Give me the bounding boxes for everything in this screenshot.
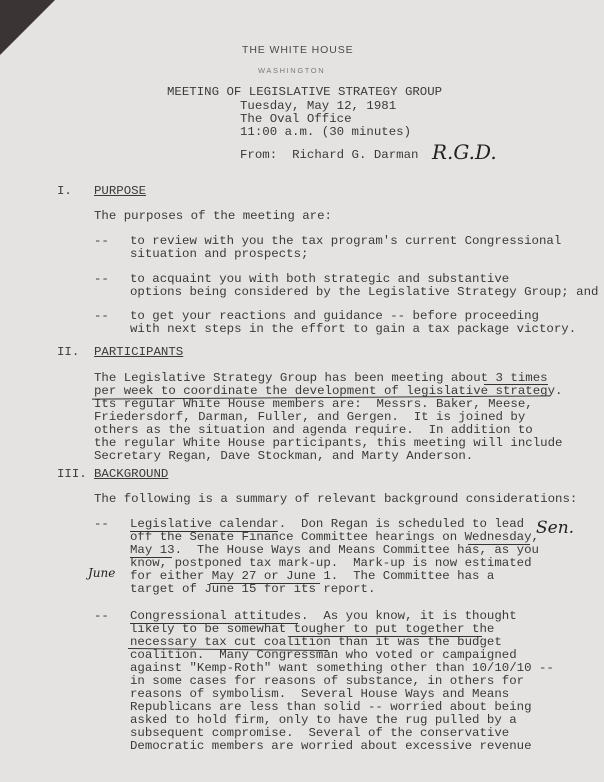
bullet-marker: -- — [94, 235, 109, 248]
section-number: III. — [57, 468, 87, 481]
letterhead-subtitle: WASHINGTON — [258, 66, 325, 75]
meeting-title: MEETING OF LEGISLATIVE STRATEGY GROUP — [167, 86, 442, 99]
document-page: THE WHITE HOUSE WASHINGTON MEETING OF LE… — [0, 0, 604, 782]
section-heading-participants: PARTICIPANTS — [94, 346, 183, 359]
calendar-line-6: target of June 15 for its report. — [130, 583, 375, 596]
margin-note-june: June — [88, 566, 115, 580]
title-underline — [130, 531, 278, 532]
title-underline — [130, 623, 298, 624]
page-corner-shadow — [0, 0, 55, 55]
purpose-bullet-2-line-2: options being considered by the Legislat… — [130, 286, 598, 299]
bullet-marker: -- — [94, 273, 109, 286]
section-number: II. — [57, 346, 79, 359]
bullet-marker: -- — [94, 518, 109, 531]
from-line: From: Richard G. Darman — [240, 149, 418, 162]
purpose-bullet-1-line-2: situation and prospects; — [130, 248, 308, 261]
bullet-marker: -- — [94, 310, 109, 323]
hand-underline — [484, 384, 548, 385]
from-label: From: — [240, 148, 277, 162]
background-intro: The following is a summary of relevant b… — [94, 493, 577, 506]
hand-underline — [210, 583, 320, 584]
meeting-time: 11:00 a.m. (30 minutes) — [240, 126, 411, 139]
participants-line-7: Secretary Regan, Dave Stockman, and Mart… — [94, 450, 473, 463]
handwritten-initials: R.G.D. — [432, 140, 497, 164]
bullet-marker: -- — [94, 610, 109, 623]
section-heading-background: BACKGROUND — [94, 468, 168, 481]
letterhead-title: THE WHITE HOUSE — [242, 44, 354, 56]
hand-underline — [290, 636, 482, 637]
purpose-intro: The purposes of the meeting are: — [94, 210, 332, 223]
purpose-bullet-3-line-2: with next steps in the effort to gain a … — [130, 323, 576, 336]
section-heading-purpose: PURPOSE — [94, 185, 146, 198]
from-name: Richard G. Darman — [292, 148, 418, 162]
section-number: I. — [57, 185, 72, 198]
margin-note-sen: Sen. — [536, 518, 574, 538]
hand-underline — [468, 544, 530, 545]
hand-underline — [130, 557, 172, 558]
attitudes-line-11: Democratic members are worried about exc… — [130, 740, 532, 753]
